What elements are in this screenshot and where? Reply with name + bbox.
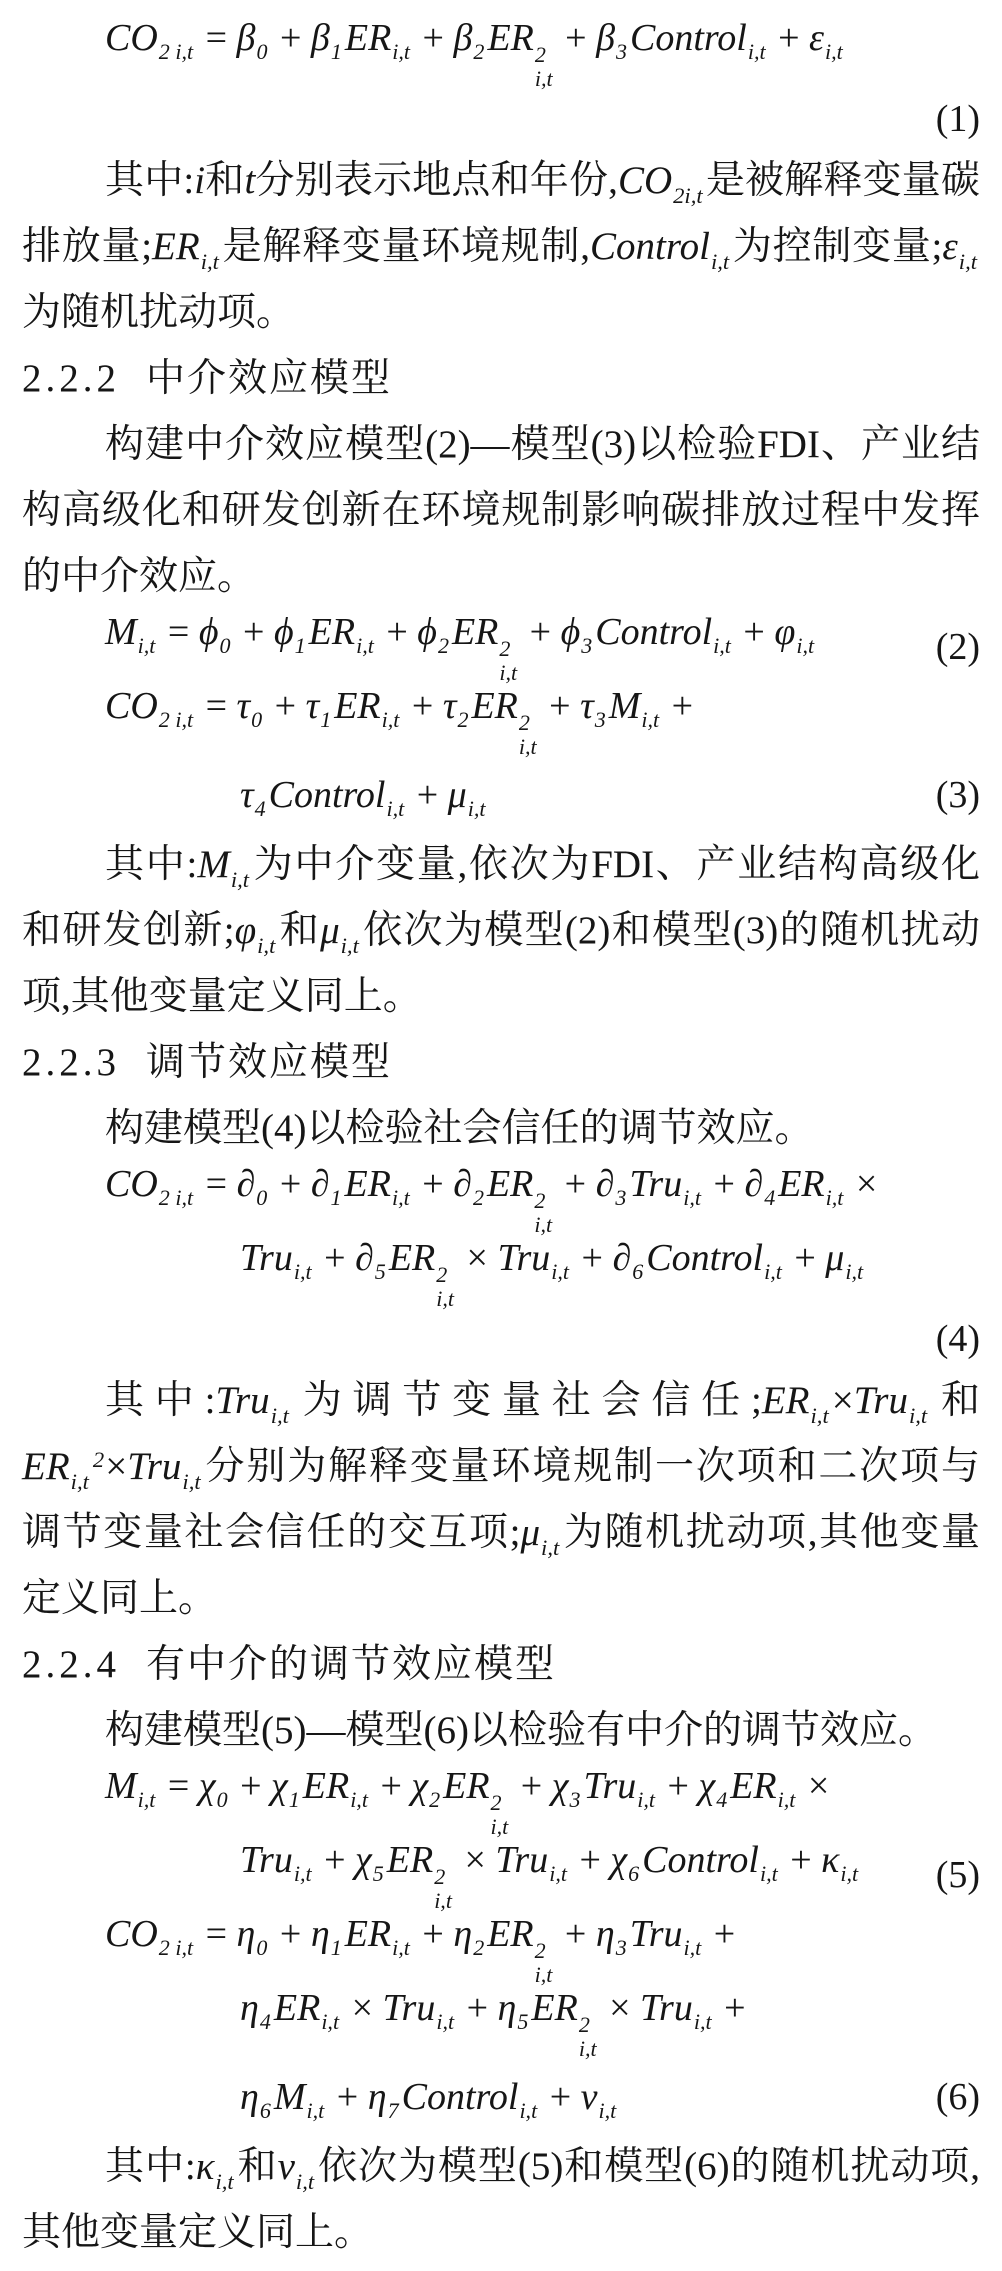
- math-segment: 4: [764, 1185, 775, 1210]
- math-segment: CO: [105, 685, 158, 727]
- math-segment: χ: [355, 1839, 372, 1881]
- math-segment: ×: [832, 1379, 854, 1422]
- math-segment: Tru: [495, 1839, 548, 1881]
- math-segment: i,t: [382, 707, 400, 732]
- math-segment: 2: [429, 1787, 440, 1812]
- equation-number: (6): [936, 2075, 980, 2119]
- math-segment: ER: [334, 685, 380, 727]
- math-segment: 0: [251, 707, 262, 732]
- math-segment: χ: [411, 1765, 428, 1807]
- math-segment: i,t: [796, 633, 814, 658]
- math-segment: M: [609, 685, 641, 727]
- subscript: i,t: [436, 1287, 454, 1311]
- math-segment: i,t: [549, 1861, 567, 1886]
- math-segment: κ: [196, 2145, 215, 2188]
- text-run: 构建中介效应模型(2)—模型(3)以检验FDI、产业结构高级化和研发创新在环境规…: [22, 423, 980, 598]
- math-segment: i,t: [637, 1787, 655, 1812]
- math-segment: η: [368, 2076, 387, 2118]
- math-segment: i,t: [519, 2098, 537, 2123]
- math-segment: =: [158, 1765, 198, 1807]
- superscript: 2: [499, 637, 510, 661]
- math-segment: χ: [199, 1765, 216, 1807]
- math-segment: +: [407, 774, 447, 816]
- math-segment: 0: [217, 1787, 228, 1812]
- text-run: 为调节变量社会信任;: [292, 1379, 762, 1422]
- math-segment: η: [453, 1913, 472, 1955]
- math-segment: i,t: [71, 1469, 89, 1494]
- section-heading: 2.2.3调节效应模型: [22, 1030, 980, 1096]
- equation-line: τ4Controli,t + μi,t(3): [22, 758, 980, 832]
- math-segment: ER: [730, 1765, 776, 1807]
- math-segment: 3: [615, 1185, 626, 1210]
- math-segment: 7: [388, 2098, 399, 2123]
- math-segment: ε: [942, 225, 957, 268]
- equation-number: (4): [936, 1317, 980, 1361]
- math-segment: +: [270, 1163, 310, 1205]
- paragraph: 构建中介效应模型(2)—模型(3)以检验FDI、产业结构高级化和研发创新在环境规…: [22, 412, 980, 610]
- math-segment: 1: [331, 1935, 342, 1960]
- math-segment: i,t: [826, 1185, 844, 1210]
- math-segment: η: [311, 1913, 330, 1955]
- equation-line: CO2 i,t = β0 + β1ERi,t + β2ER2i,t + β3Co…: [22, 16, 980, 90]
- section-number: 2.2.2: [22, 357, 120, 400]
- math-segment: +: [540, 2076, 580, 2118]
- math-segment: ER: [389, 1237, 435, 1279]
- math-segment: ∂: [453, 1163, 472, 1205]
- equation-line: CO2 i,t = ∂0 + ∂1ERi,t + ∂2ER2i,t + ∂3Tr…: [22, 1162, 980, 1236]
- math-segment: +: [413, 1163, 453, 1205]
- math-segment: CO: [105, 1163, 158, 1205]
- math-segment: +: [785, 1237, 825, 1279]
- math-segment: +: [371, 1765, 411, 1807]
- math-segment: ER: [345, 1913, 391, 1955]
- math-segment: i,t: [541, 1535, 559, 1560]
- math-segment: i,t: [683, 1185, 701, 1210]
- paragraph: 构建模型(4)以检验社会信任的调节效应。: [22, 1096, 980, 1162]
- math-segment: 5: [375, 1259, 386, 1284]
- paragraph: 其中:Mi,t为中介变量,依次为FDI、产业结构高级化和研发创新;φi,t和μi…: [22, 832, 980, 1030]
- equation-content: Trui,t + χ5ER2i,t × Trui,t + χ6Controli,…: [240, 1838, 861, 1913]
- math-segment: i,t: [778, 1787, 796, 1812]
- math-segment: +: [572, 1237, 612, 1279]
- math-segment: ER: [487, 17, 533, 59]
- math-segment: η: [498, 1987, 517, 2029]
- math-segment: i,t: [760, 1861, 778, 1886]
- math-segment: =: [196, 1163, 236, 1205]
- math-segment: ER: [487, 1913, 533, 1955]
- math-segment: 6: [632, 1259, 643, 1284]
- math-segment: i,t: [201, 249, 219, 274]
- paragraph: 构建模型(5)—模型(6)以检验有中介的调节效应。: [22, 1698, 980, 1764]
- math-segment: 1: [320, 707, 331, 732]
- math-segment: ∂: [311, 1163, 330, 1205]
- text-run: 构建模型(5)—模型(6)以检验有中介的调节效应。: [105, 1709, 937, 1752]
- math-segment: 2: [438, 633, 449, 658]
- math-segment: 2 i,t: [159, 1935, 193, 1960]
- math-segment: 2i,t: [579, 2013, 597, 2061]
- equation-content: η6Mi,t + η7Controli,t + νi,t: [240, 2075, 619, 2119]
- math-segment: μ: [825, 1237, 844, 1279]
- superscript: 2: [535, 1939, 546, 1963]
- math-segment: τ: [443, 685, 457, 727]
- math-segment: i,t: [436, 2009, 454, 2034]
- math-segment: 2 i,t: [159, 707, 193, 732]
- math-segment: Control: [590, 225, 710, 268]
- math-segment: i,t: [392, 1935, 410, 1960]
- math-segment: μ: [320, 909, 340, 952]
- math-segment: i,t: [271, 1403, 289, 1428]
- text-run: 和: [930, 1379, 980, 1422]
- math-segment: 0: [256, 1935, 267, 1960]
- superscript: 2: [436, 1263, 447, 1287]
- math-segment: β: [311, 17, 330, 59]
- equation-content: η4ERi,t × Trui,t + η5ER2i,t × Trui,t +: [240, 1986, 746, 2061]
- math-segment: μ: [520, 1511, 540, 1554]
- math-segment: 2i,t: [434, 1865, 452, 1913]
- math-segment: i,t: [215, 2169, 233, 2194]
- math-segment: 4: [716, 1787, 727, 1812]
- equation-line: (4): [22, 1310, 980, 1368]
- equation-content: Mi,t = χ0 + χ1ERi,t + χ2ER2i,t + χ3Trui,…: [105, 1764, 829, 1839]
- math-segment: ER: [452, 611, 498, 653]
- math-segment: 3: [616, 1935, 627, 1960]
- math-segment: i,t: [294, 1259, 312, 1284]
- section-number: 2.2.3: [22, 1041, 120, 1084]
- math-segment: i,t: [711, 249, 729, 274]
- math-segment: i,t: [257, 933, 275, 958]
- math-segment: i,t: [321, 2009, 339, 2034]
- math-segment: ×: [105, 1445, 127, 1488]
- math-segment: i,t: [811, 1403, 829, 1428]
- paragraph: 其中:i和t分别表示地点和年份,CO2i,t是被解释变量碳排放量;ERi,t是解…: [22, 148, 980, 346]
- math-segment: μ: [448, 774, 467, 816]
- math-segment: i,t: [341, 933, 359, 958]
- math-segment: M: [274, 2076, 306, 2118]
- math-segment: i,t: [350, 1787, 368, 1812]
- math-segment: 1: [331, 1185, 342, 1210]
- math-segment: 4: [260, 2009, 271, 2034]
- math-segment: i,t: [684, 1935, 702, 1960]
- math-segment: +: [315, 1839, 355, 1881]
- math-segment: Tru: [240, 1839, 293, 1881]
- math-segment: +: [734, 611, 774, 653]
- section-title: 中介效应模型: [146, 357, 392, 400]
- math-segment: +: [781, 1839, 821, 1881]
- math-segment: 1: [289, 1787, 300, 1812]
- math-segment: ER: [443, 1765, 489, 1807]
- subscript: i,t: [434, 1889, 452, 1913]
- document-body: CO2 i,t = β0 + β1ERi,t + β2ER2i,t + β3Co…: [0, 0, 1002, 2266]
- math-segment: i,t: [825, 39, 843, 64]
- math-segment: ×: [846, 1163, 877, 1205]
- math-segment: ϕ: [561, 611, 581, 653]
- text-run: 是解释变量环境规制,: [222, 225, 590, 268]
- math-segment: +: [270, 17, 310, 59]
- math-segment: φ: [774, 611, 795, 653]
- math-segment: i,t: [748, 39, 766, 64]
- math-segment: 4: [255, 796, 266, 821]
- math-segment: ∂: [596, 1163, 615, 1205]
- math-segment: τ: [237, 685, 251, 727]
- section-heading: 2.2.4有中介的调节效应模型: [22, 1632, 980, 1698]
- subscript: i,t: [499, 661, 517, 685]
- superscript: 2: [519, 711, 530, 735]
- math-segment: Tru: [854, 1379, 908, 1422]
- math-segment: +: [315, 1237, 355, 1279]
- math-segment: ER: [152, 225, 200, 268]
- math-segment: i,t: [296, 2169, 314, 2194]
- math-segment: ER: [762, 1379, 810, 1422]
- math-segment: η: [240, 1987, 259, 2029]
- math-segment: Tru: [583, 1765, 636, 1807]
- text-run: 其中:: [105, 159, 194, 202]
- math-segment: ϕ: [199, 611, 219, 653]
- math-segment: ER: [778, 1163, 824, 1205]
- math-segment: 6: [260, 2098, 271, 2123]
- math-segment: Tru: [383, 1987, 436, 2029]
- math-segment: +: [413, 17, 453, 59]
- math-segment: η: [596, 1913, 615, 1955]
- math-segment: +: [413, 1913, 453, 1955]
- math-segment: 2: [93, 1447, 104, 1472]
- text-run: 和: [205, 159, 244, 202]
- math-segment: Tru: [215, 1379, 269, 1422]
- math-segment: i,t: [231, 867, 249, 892]
- paragraph: 其中:κi,t和νi,t依次为模型(5)和模型(6)的随机扰动项,其他变量定义同…: [22, 2134, 980, 2266]
- math-segment: ν: [278, 2145, 295, 2188]
- math-segment: +: [511, 1765, 551, 1807]
- math-segment: ∂: [355, 1237, 374, 1279]
- math-segment: ϕ: [417, 611, 437, 653]
- math-segment: i,t: [392, 39, 410, 64]
- math-segment: i,t: [294, 1861, 312, 1886]
- math-segment: i,t: [392, 1185, 410, 1210]
- math-segment: τ: [240, 774, 254, 816]
- subscript: i,t: [535, 1963, 553, 1987]
- math-segment: +: [555, 1163, 595, 1205]
- math-segment: ∂: [744, 1163, 763, 1205]
- math-segment: i,t: [641, 707, 659, 732]
- math-segment: ∂: [237, 1163, 256, 1205]
- equation-content: Mi,t = ϕ0 + ϕ1ERi,t + ϕ2ER2i,t + ϕ3Contr…: [105, 610, 817, 685]
- equation-number: (2): [936, 625, 980, 669]
- math-segment: i,t: [138, 633, 156, 658]
- text-run: 其中:: [105, 2145, 196, 2188]
- math-segment: +: [704, 1163, 744, 1205]
- math-segment: +: [555, 1913, 595, 1955]
- math-segment: M: [197, 843, 230, 886]
- text-run: 其中:: [105, 843, 197, 886]
- math-segment: +: [231, 1765, 271, 1807]
- equation-content: CO2 i,t = β0 + β1ERi,t + β2ER2i,t + β3Co…: [105, 16, 846, 91]
- math-segment: ×: [342, 1987, 382, 2029]
- math-segment: Control: [402, 2076, 519, 2118]
- math-segment: τ: [306, 685, 320, 727]
- math-segment: =: [196, 1913, 236, 1955]
- text-run: 为随机扰动项。: [22, 291, 295, 334]
- math-segment: 2i,t: [535, 43, 553, 91]
- equation-content: CO2 i,t = ∂0 + ∂1ERi,t + ∂2ER2i,t + ∂3Tr…: [105, 1162, 877, 1237]
- math-segment: i,t: [845, 1259, 863, 1284]
- math-segment: +: [377, 611, 417, 653]
- math-segment: +: [570, 1839, 610, 1881]
- math-segment: +: [540, 685, 580, 727]
- subscript: i,t: [535, 67, 553, 91]
- math-segment: +: [658, 1765, 698, 1807]
- equation-line: CO2 i,t = τ0 + τ1ERi,t + τ2ER2i,t + τ3Mi…: [22, 684, 980, 758]
- math-segment: 2 i,t: [159, 1185, 193, 1210]
- math-segment: 1: [295, 633, 306, 658]
- math-segment: ×: [798, 1765, 829, 1807]
- equation-line: Mi,t = χ0 + χ1ERi,t + χ2ER2i,t + χ3Trui,…: [22, 1764, 980, 1838]
- equation-content: CO2 i,t = τ0 + τ1ERi,t + τ2ER2i,t + τ3Mi…: [105, 684, 693, 759]
- equation-line: (1): [22, 90, 980, 148]
- math-segment: ×: [600, 1987, 640, 2029]
- math-segment: +: [457, 1987, 497, 2029]
- equation-line: CO2 i,t = η0 + η1ERi,t + η2ER2i,t + η3Tr…: [22, 1912, 980, 1986]
- math-segment: i,t: [599, 2098, 617, 2123]
- math-segment: i,t: [909, 1403, 927, 1428]
- math-segment: τ: [580, 685, 594, 727]
- math-segment: 2i,t: [499, 637, 517, 685]
- math-segment: i,t: [386, 796, 404, 821]
- math-segment: ER: [274, 1987, 320, 2029]
- math-segment: 2i,t: [673, 183, 703, 208]
- math-segment: ×: [455, 1839, 495, 1881]
- equation-content: τ4Controli,t + μi,t: [240, 773, 488, 817]
- math-segment: 2i,t: [491, 1791, 509, 1839]
- math-segment: κ: [821, 1839, 839, 1881]
- math-segment: =: [196, 17, 236, 59]
- math-segment: CO: [105, 17, 158, 59]
- math-segment: i,t: [764, 1259, 782, 1284]
- math-segment: +: [704, 1913, 735, 1955]
- superscript: 2: [535, 43, 546, 67]
- math-segment: ER: [531, 1987, 577, 2029]
- math-segment: β: [453, 17, 472, 59]
- math-segment: +: [715, 1987, 746, 2029]
- text-run: 为控制变量;: [732, 225, 942, 268]
- math-segment: 2i,t: [519, 711, 537, 759]
- math-segment: χ: [698, 1765, 715, 1807]
- paragraph: 其中:Trui,t为调节变量社会信任;ERi,t×Trui,t和ERi,t2×T…: [22, 1368, 980, 1632]
- math-segment: i,t: [840, 1861, 858, 1886]
- math-segment: 0: [220, 633, 231, 658]
- math-segment: Control: [642, 1839, 759, 1881]
- equation-line: Trui,t + ∂5ER2i,t × Trui,t + ∂6Controli,…: [22, 1236, 980, 1310]
- equation-line: Trui,t + χ5ER2i,t × Trui,t + χ6Controli,…: [22, 1838, 980, 1912]
- math-segment: ε: [809, 17, 824, 59]
- math-segment: Tru: [630, 1913, 683, 1955]
- subscript: i,t: [534, 1213, 552, 1237]
- math-segment: 3: [616, 39, 627, 64]
- equation-content: Trui,t + ∂5ER2i,t × Trui,t + ∂6Controli,…: [240, 1236, 866, 1311]
- math-segment: +: [520, 611, 560, 653]
- math-segment: i: [194, 159, 205, 202]
- math-segment: 2: [473, 39, 484, 64]
- equation-number: (5): [936, 1853, 980, 1897]
- superscript: 2: [534, 1189, 545, 1213]
- math-segment: i,t: [356, 633, 374, 658]
- math-segment: ν: [581, 2076, 598, 2118]
- math-segment: 1: [331, 39, 342, 64]
- math-segment: Control: [595, 611, 712, 653]
- text-run: 和: [278, 909, 320, 952]
- math-segment: +: [402, 685, 442, 727]
- math-segment: ER: [22, 1445, 70, 1488]
- math-segment: i,t: [468, 796, 486, 821]
- section-number: 2.2.4: [22, 1643, 120, 1686]
- math-segment: 2i,t: [535, 1939, 553, 1987]
- equation-number: (1): [936, 97, 980, 141]
- math-segment: ×: [457, 1237, 497, 1279]
- math-segment: 2: [473, 1935, 484, 1960]
- math-segment: +: [234, 611, 274, 653]
- superscript: 2: [434, 1865, 445, 1889]
- math-segment: Tru: [497, 1237, 550, 1279]
- math-segment: β: [596, 17, 615, 59]
- math-segment: η: [240, 2076, 259, 2118]
- math-segment: ER: [471, 685, 517, 727]
- math-segment: ER: [387, 1839, 433, 1881]
- math-segment: i,t: [138, 1787, 156, 1812]
- math-segment: 2 i,t: [159, 39, 193, 64]
- math-segment: +: [662, 685, 693, 727]
- math-segment: 3: [595, 707, 606, 732]
- subscript: i,t: [519, 735, 537, 759]
- section-heading: 2.2.2中介效应模型: [22, 346, 980, 412]
- math-segment: β: [237, 17, 256, 59]
- math-segment: 3: [569, 1787, 580, 1812]
- math-segment: ϕ: [274, 611, 294, 653]
- math-segment: 5: [373, 1861, 384, 1886]
- math-segment: χ: [610, 1839, 627, 1881]
- text-run: 其中:: [105, 1379, 215, 1422]
- math-segment: Control: [630, 17, 747, 59]
- math-segment: i,t: [959, 249, 977, 274]
- equation-content: CO2 i,t = η0 + η1ERi,t + η2ER2i,t + η3Tr…: [105, 1912, 735, 1987]
- math-segment: 2i,t: [534, 1189, 552, 1237]
- math-segment: M: [105, 611, 137, 653]
- math-segment: +: [769, 17, 809, 59]
- math-segment: 2: [457, 707, 468, 732]
- math-segment: i,t: [182, 1469, 200, 1494]
- math-segment: Control: [269, 774, 386, 816]
- math-segment: χ: [271, 1765, 288, 1807]
- math-segment: Tru: [127, 1445, 181, 1488]
- math-segment: ER: [345, 17, 391, 59]
- superscript: 2: [491, 1791, 502, 1815]
- math-segment: t: [244, 159, 255, 202]
- math-segment: 2i,t: [436, 1263, 454, 1311]
- math-segment: η: [237, 1913, 256, 1955]
- math-segment: ∂: [612, 1237, 631, 1279]
- superscript: 2: [579, 2013, 590, 2037]
- math-segment: 3: [581, 633, 592, 658]
- math-segment: Control: [646, 1237, 763, 1279]
- math-segment: 0: [256, 39, 267, 64]
- text-run: 分别表示地点和年份,: [255, 159, 618, 202]
- text-run: 构建模型(4)以检验社会信任的调节效应。: [105, 1107, 813, 1150]
- math-segment: CO: [105, 1913, 158, 1955]
- math-segment: +: [327, 2076, 367, 2118]
- math-segment: Tru: [640, 1987, 693, 2029]
- math-segment: +: [556, 17, 596, 59]
- equation-number: (3): [936, 773, 980, 817]
- text-run: 和: [237, 2145, 278, 2188]
- math-segment: i,t: [694, 2009, 712, 2034]
- math-segment: i,t: [307, 2098, 325, 2123]
